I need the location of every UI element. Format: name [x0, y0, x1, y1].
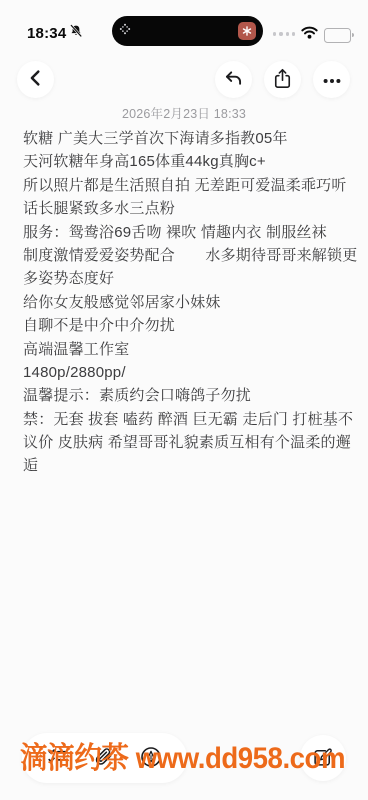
note-date: 2026年2月23日 18:33 [0, 104, 368, 122]
note-text-line: 高端温馨工作室 [23, 338, 362, 361]
note-text-line: 逅 [23, 454, 362, 477]
note-text-line: 1480p/2880pp/ [23, 361, 362, 384]
dynamic-island[interactable] [112, 16, 263, 46]
note-text-line: 给你女友般感觉邻居家小妹妹 [23, 291, 362, 314]
bell-slash-icon [69, 24, 83, 43]
nav-bar [0, 58, 368, 102]
note-text-line: 禁：无套 拔套 嗑药 醉酒 巨无霸 走后门 打桩基不 [23, 408, 362, 431]
back-button[interactable] [17, 61, 54, 98]
note-text-line: 多姿势态度好 [23, 267, 362, 290]
ellipsis-icon [323, 72, 341, 87]
note-body[interactable]: 软糖 广美大三学首次下海请多指教05年天河软糖年身高165体重44kg真胸c+所… [23, 127, 362, 478]
watermark-text: 滴滴约茶 www.dd958.com [20, 733, 345, 777]
notes-app-screen: 18:34 [0, 0, 368, 800]
undo-button[interactable] [215, 61, 252, 98]
status-time: 18:34 [27, 25, 66, 42]
note-text-line: 话长腿紧致多水三点粉 [23, 197, 362, 220]
wifi-icon [301, 26, 318, 44]
status-right-cluster [273, 26, 354, 44]
chevron-left-icon [26, 68, 46, 91]
note-text-line: 天河软糖年身高165体重44kg真胸c+ [23, 150, 362, 173]
sparkle-dots-icon [119, 22, 131, 40]
nav-right-buttons [215, 61, 350, 98]
note-text-line: 软糖 广美大三学首次下海请多指教05年 [23, 127, 362, 150]
status-left-cluster: 18:34 [27, 24, 83, 43]
note-text-line: 制度激情爱爱姿势配合 水多期待哥哥来解锁更 [23, 244, 362, 267]
note-text-line: 议价 皮肤病 希望哥哥礼貌素质互相有个温柔的邂 [23, 431, 362, 454]
asterisk-badge-icon [238, 22, 256, 40]
note-text-line: 服务：鸳鸯浴69舌吻 裸吹 情趣内衣 制服丝袜 [23, 221, 362, 244]
battery-icon [324, 28, 354, 43]
note-text-line: 自聊不是中介中介勿扰 [23, 314, 362, 337]
cellular-signal-icon [273, 32, 296, 37]
share-icon [273, 68, 292, 92]
note-text-line: 温馨提示：素质约会口嗨鸽子勿扰 [23, 384, 362, 407]
undo-arrow-icon [223, 68, 244, 92]
more-button[interactable] [313, 61, 350, 98]
status-bar: 18:34 [0, 0, 368, 56]
note-text-line: 所以照片都是生活照自拍 无差距可爱温柔乖巧听 [23, 174, 362, 197]
share-button[interactable] [264, 61, 301, 98]
